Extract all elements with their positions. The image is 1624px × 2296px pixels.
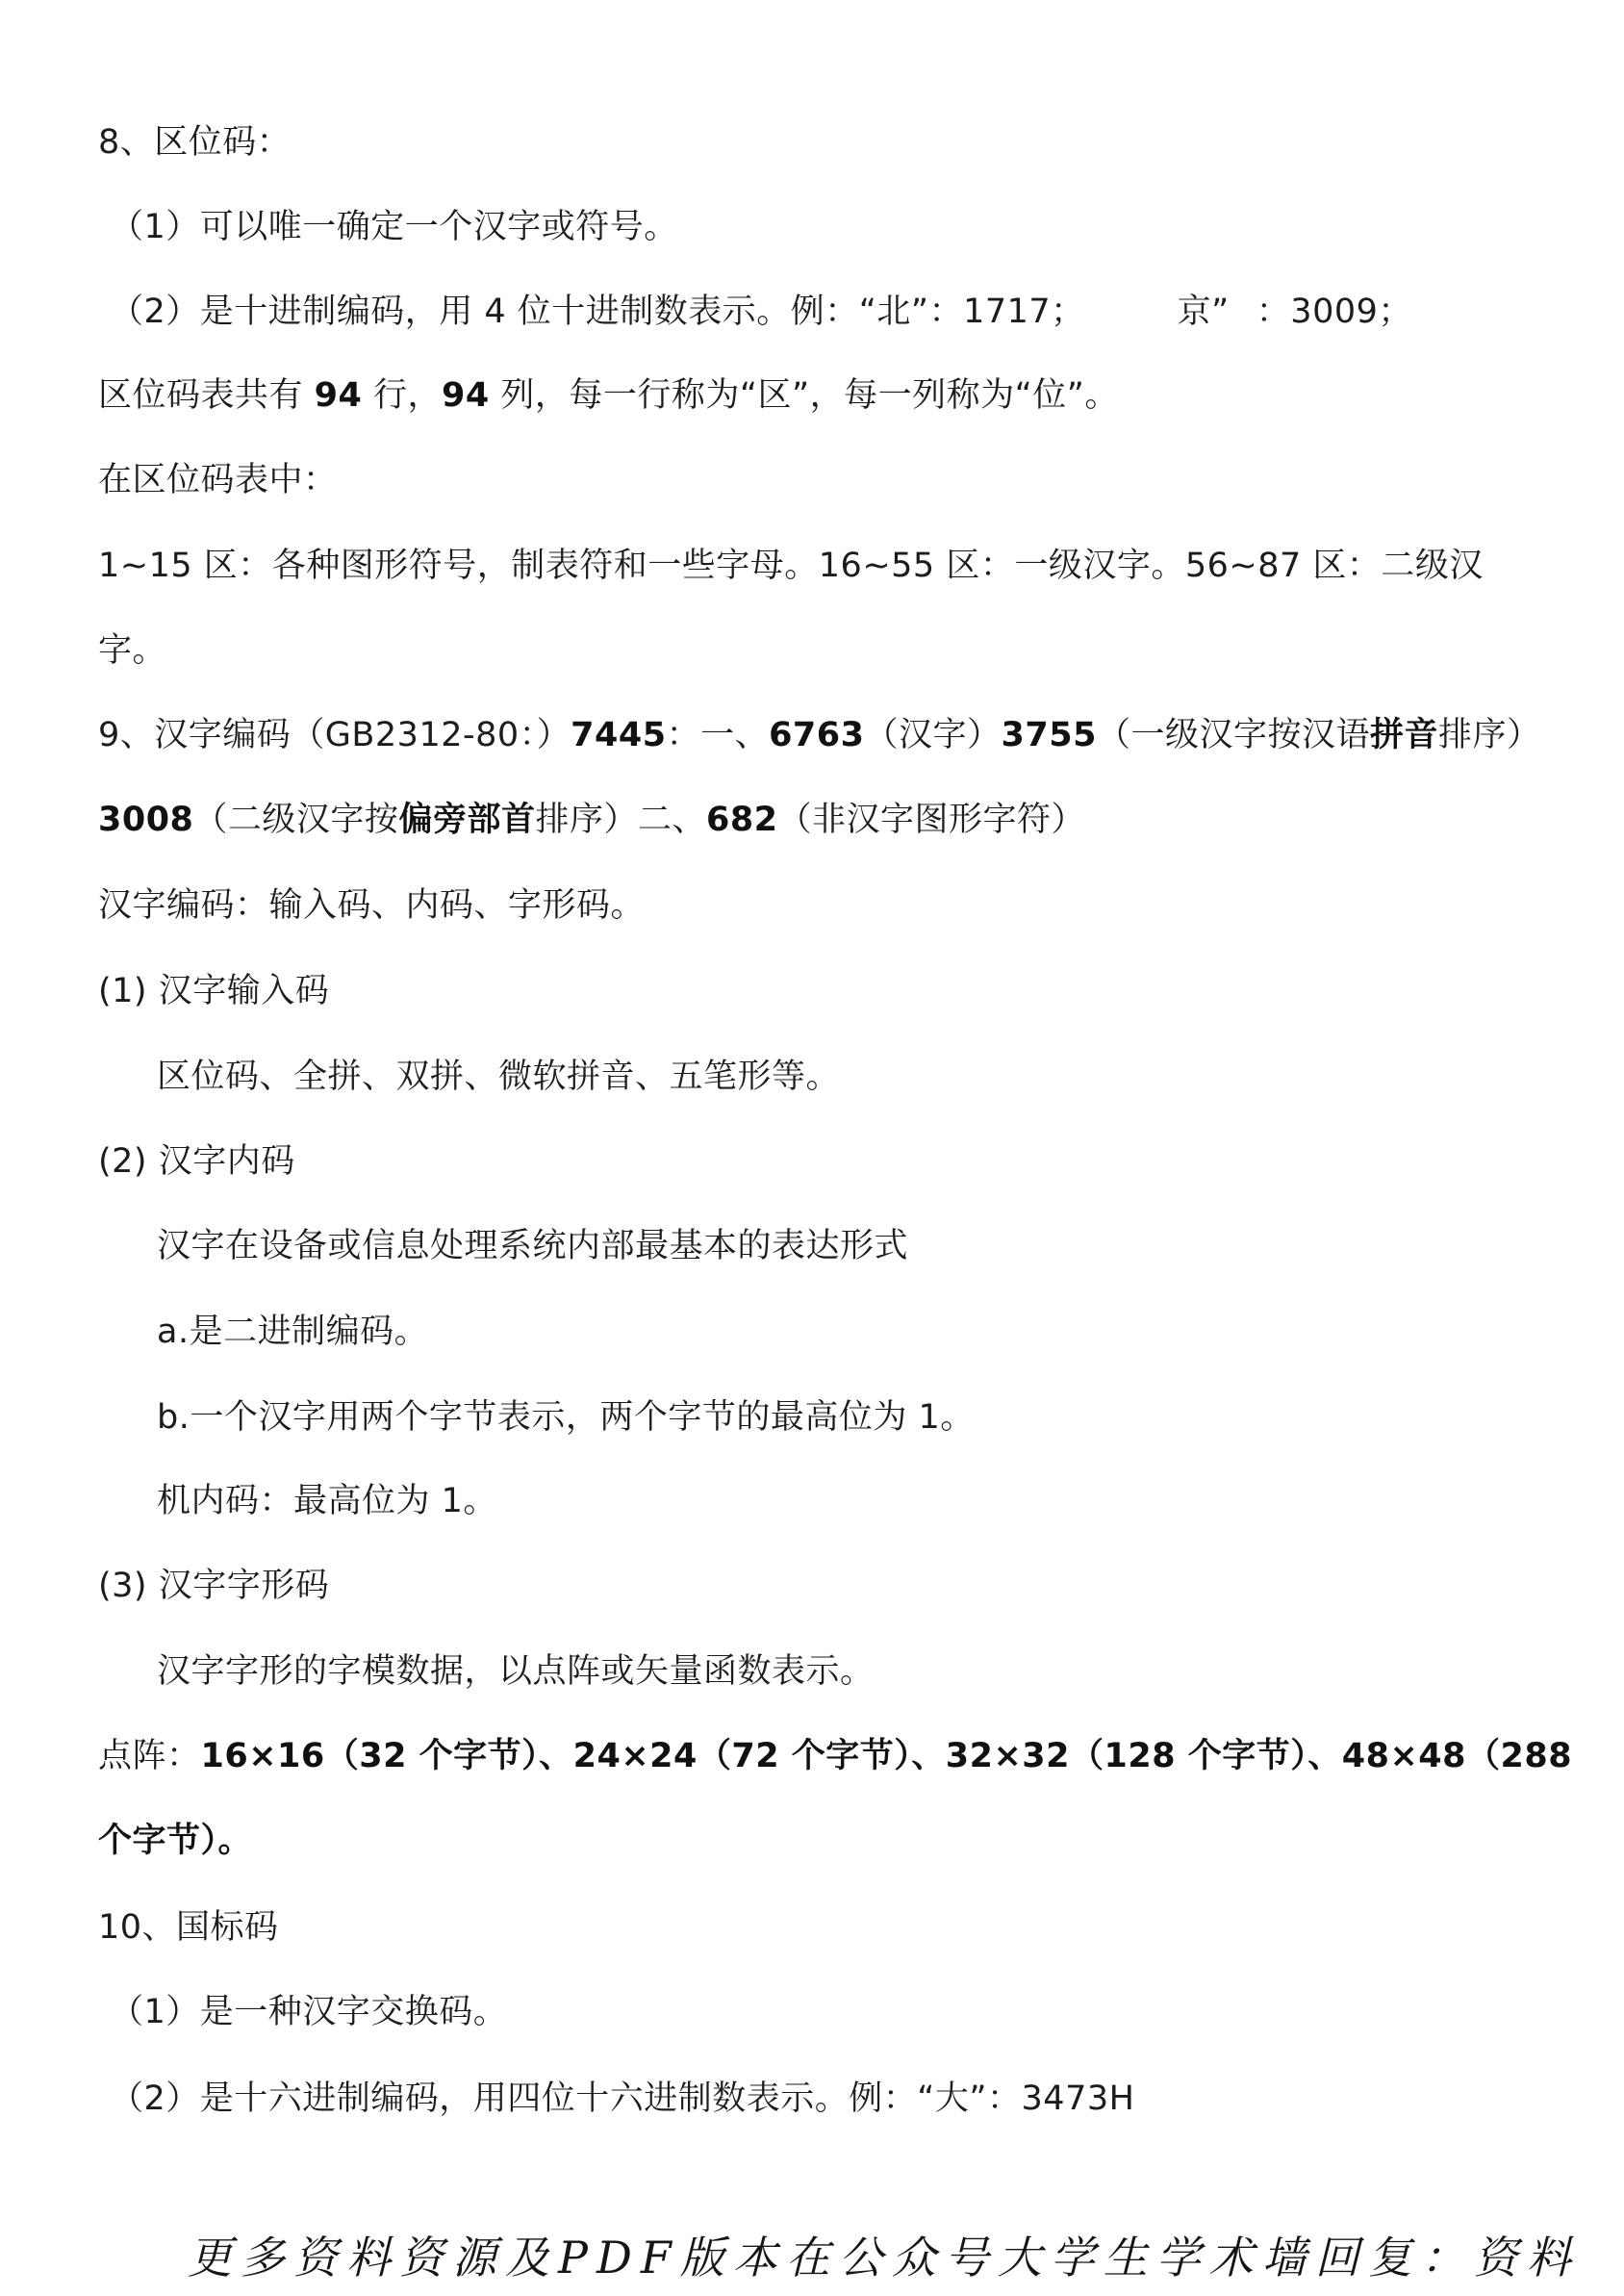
column-count: 94 <box>442 376 490 415</box>
heading-text: 10、国标码 <box>98 1908 279 1947</box>
radical-emphasis: 偏旁部首 <box>398 801 535 839</box>
dot-matrix-list: 16×16（32 个字节）、24×24（72 个字节）、32×32（128 个字… <box>201 1737 1573 1775</box>
text: 区位码、全拼、双拼、微软拼音、五笔形等。 <box>157 1058 840 1096</box>
pinyin-emphasis: 拼音 <box>1370 716 1438 754</box>
inner-code-b: b.一个汉字用两个字节表示，两个字节的最高位为 1。 <box>157 1394 975 1441</box>
input-code-desc: 区位码、全拼、双拼、微软拼音、五笔形等。 <box>157 1054 840 1100</box>
subheading: (3) 汉字字形码 <box>98 1567 329 1605</box>
range-2-text: 区：一级汉字。 <box>935 547 1185 585</box>
text: 列，每一行称为“区”，每一列称为“位”。 <box>490 376 1119 415</box>
text: 字。 <box>98 631 166 670</box>
text: 机内码：最高位为 1。 <box>157 1482 497 1520</box>
range-1: 1~15 <box>98 547 192 585</box>
text: 个字节）。 <box>98 1822 252 1860</box>
section-9-heading-cont: 3008（二级汉字按偏旁部首排序）二、682（非汉字图形字符） <box>98 797 1085 843</box>
item-text: （1）是一种汉字交换码。 <box>110 1993 507 2031</box>
machine-code: 机内码：最高位为 1。 <box>157 1478 497 1524</box>
text: 在区位码表中： <box>98 461 338 499</box>
row-count: 94 <box>315 376 363 415</box>
level1-count: 3755 <box>1002 716 1097 754</box>
section-8-heading: 8、区位码： <box>98 119 291 166</box>
item-text: （1）可以唯一确定一个汉字或符号。 <box>110 208 678 246</box>
section-10-item-1: （1）是一种汉字交换码。 <box>110 1989 507 2035</box>
text: 区位码表共有 <box>98 376 315 415</box>
range-description: 1~15 区：各种图形符号，制表符和一些字母。16~55 区：一级汉字。56~8… <box>98 543 1484 589</box>
section-8-item-1: （1）可以唯一确定一个汉字或符号。 <box>110 204 678 250</box>
inner-code-a: a.是二进制编码。 <box>157 1309 428 1355</box>
input-code-title: (1) 汉字输入码 <box>98 968 329 1014</box>
text: 排序） <box>1438 716 1541 754</box>
hanzi-count: 6763 <box>769 716 864 754</box>
glyph-code-title: (3) 汉字字形码 <box>98 1563 329 1609</box>
document-page: 8、区位码： （1）可以唯一确定一个汉字或符号。 （2）是十进制编码，用 4 位… <box>0 0 1624 2296</box>
range-3: 56~87 <box>1185 547 1302 585</box>
footer-notice: 更多资料资源及PDF版本在公众号大学生学术墙回复：资料 <box>188 2231 1580 2284</box>
section-8-item-2: （2）是十进制编码，用 4 位十进制数表示。例：“北”：1717；京”：3009… <box>110 289 1412 335</box>
item-text: （2）是十进制编码，用 4 位十进制数表示。例：“北”： <box>110 293 963 331</box>
range-description-wrap: 字。 <box>98 627 166 674</box>
example-value-jing: 3009； <box>1290 293 1412 331</box>
range-2: 16~55 <box>819 547 935 585</box>
level2-count: 3008 <box>98 801 193 839</box>
table-description: 区位码表共有 94 行，94 列，每一行称为“区”，每一列称为“位”。 <box>98 372 1119 419</box>
text: （汉字） <box>865 716 1002 754</box>
text: 汉字在设备或信息处理系统内部最基本的表达形式 <box>157 1227 908 1265</box>
inner-code-title: (2) 汉字内码 <box>98 1138 295 1185</box>
text: a.是二进制编码。 <box>157 1313 428 1351</box>
heading-text: 8、区位码： <box>98 123 291 162</box>
glyph-code-desc: 汉字字形的字模数据，以点阵或矢量函数表示。 <box>157 1648 875 1695</box>
text: （二级汉字按 <box>193 801 398 839</box>
in-table-label: 在区位码表中： <box>98 457 338 503</box>
section-10-heading: 10、国标码 <box>98 1904 279 1951</box>
text: 汉字字形的字模数据，以点阵或矢量函数表示。 <box>157 1652 875 1691</box>
colon: ： <box>1256 293 1291 331</box>
section-9-heading: 9、汉字编码（GB2312-80：）7445：一、6763（汉字）3755（一级… <box>98 712 1540 758</box>
range-1-text: 区：各种图形符号，制表符和一些字母。 <box>192 547 819 585</box>
dot-matrix-sizes-wrap: 个字节）。 <box>98 1818 252 1864</box>
label: 点阵： <box>98 1737 201 1775</box>
total-count: 7445 <box>571 716 666 754</box>
text: 排序）二、 <box>535 801 706 839</box>
subheading: (1) 汉字输入码 <box>98 972 329 1010</box>
text: b.一个汉字用两个字节表示，两个字节的最高位为 1。 <box>157 1398 975 1437</box>
example-value-bei: 1717； <box>963 293 1085 331</box>
section-10-item-2: （2）是十六进制编码，用四位十六进制数表示。例：“大”：3473H <box>110 2076 1134 2122</box>
inner-code-desc: 汉字在设备或信息处理系统内部最基本的表达形式 <box>157 1223 908 1269</box>
range-3-text: 区：二级汉 <box>1302 547 1484 585</box>
encoding-types: 汉字编码：输入码、内码、字形码。 <box>98 882 645 929</box>
text: （非汉字图形字符） <box>778 801 1086 839</box>
symbol-count: 682 <box>706 801 778 839</box>
dot-matrix-sizes: 点阵：16×16（32 个字节）、24×24（72 个字节）、32×32（128… <box>98 1733 1572 1779</box>
heading-text: 9、汉字编码（GB2312-80：） <box>98 716 571 754</box>
text: 汉字编码：输入码、内码、字形码。 <box>98 886 645 925</box>
example-char-jing: 京” <box>1178 293 1230 331</box>
text: 行， <box>362 376 442 415</box>
subheading: (2) 汉字内码 <box>98 1142 295 1181</box>
text: ：一、 <box>667 716 770 754</box>
item-text: （2）是十六进制编码，用四位十六进制数表示。例：“大”：3473H <box>110 2079 1134 2118</box>
text: （一级汉字按汉语 <box>1097 716 1370 754</box>
